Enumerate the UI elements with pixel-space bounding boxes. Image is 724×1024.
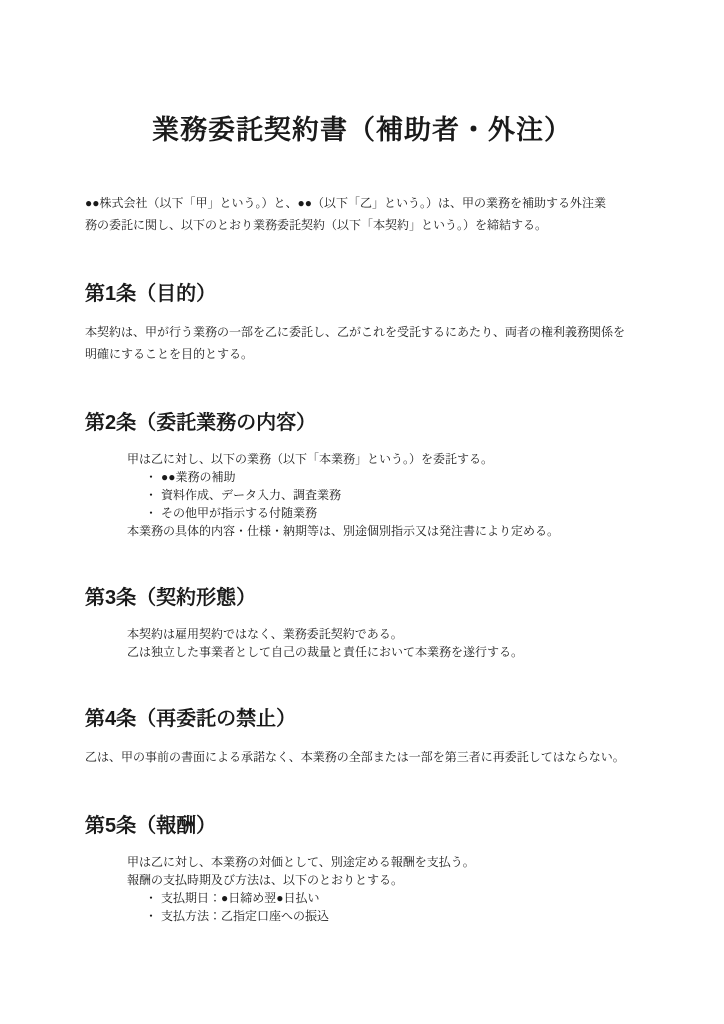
section-body: 甲は乙に対し、以下の業務（以下「本業務」という。）を委託する。・●●業務の補助・… [0, 450, 724, 540]
section-heading: 第2条（委託業務の内容） [85, 412, 724, 434]
bullet-item: ・資料作成、データ入力、調査業務 [145, 486, 669, 504]
preamble-line: ●●株式会社（以下「甲」という。）と、●●（以下「乙」という。）は、甲の業務を補… [85, 192, 669, 214]
body-line: 甲は乙に対し、本業務の対価として、別途定める報酬を支払う。 [127, 853, 669, 871]
section-body: 乙は、甲の事前の書面による承諾なく、本業務の全部または一部を第三者に再委託しては… [0, 746, 724, 768]
body-line: 甲は乙に対し、以下の業務（以下「本業務」という。）を委託する。 [127, 450, 669, 468]
preamble-line: 務の委託に関し、以下のとおり業務委託契約（以下「本契約」という。）を締結する。 [85, 214, 669, 236]
section-heading: 第5条（報酬） [85, 815, 724, 837]
contract-section: 第3条（契約形態） 本契約は雇用契約ではなく、業務委託契約である。乙は独立した事… [0, 587, 724, 661]
body-line: 明確にすることを目的とする。 [85, 343, 669, 365]
bullet-dot-icon: ・ [145, 470, 157, 484]
bullet-item: ・●●業務の補助 [145, 468, 669, 486]
sections: 第1条（目的） 本契約は、甲が行う業務の一部を乙に委託し、乙がこれを受託するにあ… [0, 236, 724, 925]
section-heading: 第3条（契約形態） [85, 587, 724, 609]
section-body: 本契約は、甲が行う業務の一部を乙に委託し、乙がこれを受託するにあたり、両者の権利… [0, 321, 724, 365]
section-body: 甲は乙に対し、本業務の対価として、別途定める報酬を支払う。報酬の支払時期及び方法… [0, 853, 724, 925]
contract-document-page: 業務委託契約書（補助者・外注） ●●株式会社（以下「甲」という。）と、●●（以下… [0, 0, 724, 1024]
bullet-dot-icon: ・ [145, 909, 157, 923]
body-line: 本契約は、甲が行う業務の一部を乙に委託し、乙がこれを受託するにあたり、両者の権利… [85, 321, 669, 343]
contract-section: 第4条（再委託の禁止） 乙は、甲の事前の書面による承諾なく、本業務の全部または一… [0, 708, 724, 768]
contract-section: 第5条（報酬） 甲は乙に対し、本業務の対価として、別途定める報酬を支払う。報酬の… [0, 815, 724, 925]
body-line: 本契約は雇用契約ではなく、業務委託契約である。 [127, 625, 669, 643]
bullet-dot-icon: ・ [145, 488, 157, 502]
body-line: 本業務の具体的内容・仕様・納期等は、別途個別指示又は発注書により定める。 [127, 522, 669, 540]
body-line: 報酬の支払時期及び方法は、以下のとおりとする。 [127, 871, 669, 889]
bullet-item: ・支払期日：●日締め翌●日払い [145, 889, 669, 907]
section-heading: 第4条（再委託の禁止） [85, 708, 724, 730]
bullet-dot-icon: ・ [145, 891, 157, 905]
document-title: 業務委託契約書（補助者・外注） [0, 113, 724, 147]
contract-section: 第2条（委託業務の内容） 甲は乙に対し、以下の業務（以下「本業務」という。）を委… [0, 412, 724, 540]
body-line: 乙は独立した事業者として自己の裁量と責任において本業務を遂行する。 [127, 643, 669, 661]
section-heading: 第1条（目的） [85, 283, 724, 305]
bullet-item: ・その他甲が指示する付随業務 [145, 504, 669, 522]
bullet-item: ・支払方法：乙指定口座への振込 [145, 907, 669, 925]
preamble: ●●株式会社（以下「甲」という。）と、●●（以下「乙」という。）は、甲の業務を補… [0, 192, 724, 236]
bullet-dot-icon: ・ [145, 506, 157, 520]
body-line: 乙は、甲の事前の書面による承諾なく、本業務の全部または一部を第三者に再委託しては… [85, 746, 669, 768]
section-body: 本契約は雇用契約ではなく、業務委託契約である。乙は独立した事業者として自己の裁量… [0, 625, 724, 661]
contract-section: 第1条（目的） 本契約は、甲が行う業務の一部を乙に委託し、乙がこれを受託するにあ… [0, 283, 724, 365]
